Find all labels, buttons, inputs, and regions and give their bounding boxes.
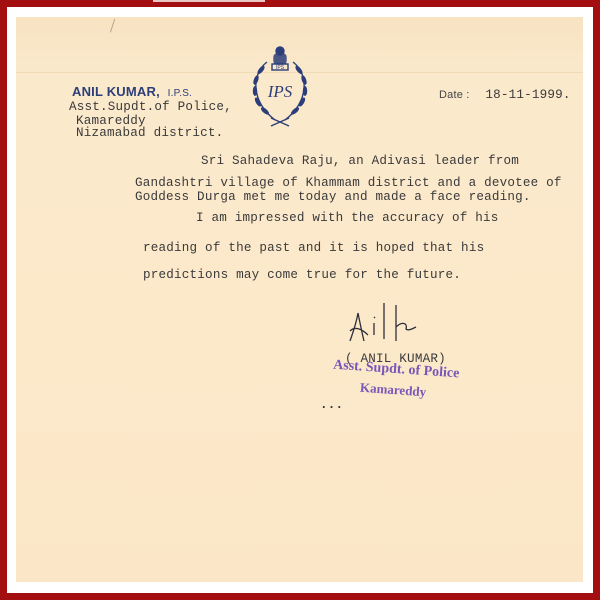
officer-district: Nizamabad district. [76,126,223,140]
date-line: Date : 18-11-1999. [439,88,571,102]
ellipsis-mark: ... [320,398,343,412]
handwritten-signature-icon [338,295,428,345]
body-line: predictions may come true for the future… [143,268,461,282]
body-line: Goddess Durga met me today and made a fa… [135,190,531,204]
svg-text:IPS: IPS [267,82,293,101]
date-label: Date : [439,89,470,101]
body-line: I am impressed with the accuracy of his [196,211,499,225]
letterhead-name: ANIL KUMAR, I.P.S. [72,84,192,100]
officer-credential: I.P.S. [168,88,192,99]
body-line: Gandashtri village of Khammam district a… [135,176,562,190]
pen-mark [110,19,117,33]
body-line: reading of the past and it is hoped that… [143,241,484,255]
officer-designation: Asst.Supdt.of Police, [69,100,232,114]
top-bar-highlight [153,0,265,2]
svg-text:IPS: IPS [276,65,285,71]
date-value: 18-11-1999. [485,88,570,102]
officer-name: ANIL KUMAR, [72,84,160,99]
body-line: Sri Sahadeva Raju, an Adivasi leader fro… [201,154,519,168]
ips-emblem-icon: IPS IPS [245,40,315,128]
